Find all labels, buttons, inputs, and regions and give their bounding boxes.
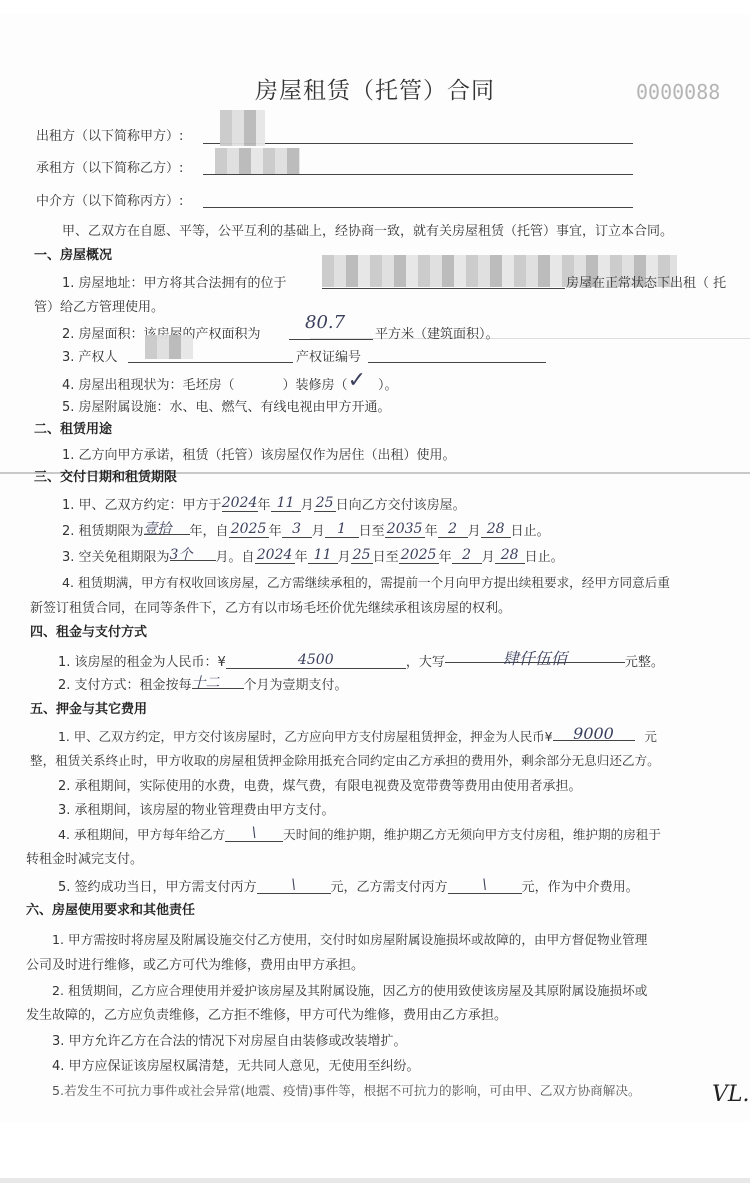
section-4-heading: 四、租金与支付方式 xyxy=(30,621,147,640)
rent-upper-value: 肆仟伍佰 xyxy=(503,649,567,668)
fee-mid: 元，乙方需支付丙方 xyxy=(331,880,448,895)
owner-field-line xyxy=(128,362,293,363)
free-from-year: 2024 xyxy=(257,547,293,563)
preamble: 甲、乙双方在自愿、平等，公平互利的基础上，经协商一致，就有关房屋租赁（托管）事宜… xyxy=(62,220,673,239)
term-to-day: 28 xyxy=(487,521,505,537)
term-from-day: 1 xyxy=(337,521,346,537)
free-to-day: 28 xyxy=(501,547,519,563)
purpose: 1. 乙方向甲方承诺，租赁（托管）该房屋仅作为居住（出租）使用。 xyxy=(62,444,456,463)
maint-prefix: 4. 承租期间，甲方每年给乙方 xyxy=(58,827,225,842)
address-cont: 管）给乙方管理使用。 xyxy=(34,296,164,315)
section-5-heading: 五、押金与其它费用 xyxy=(30,698,147,717)
lessor-label: 出租方（以下简称甲方）: xyxy=(36,125,183,144)
delivery-day: 25 xyxy=(316,495,334,511)
deposit-value: 9000 xyxy=(573,724,614,743)
utilities: 2. 承租期间，实际使用的水费，电费，煤气费，有限电视费及宽带费等费用由使用者承… xyxy=(58,775,582,794)
area-value: 80.7 xyxy=(289,312,345,333)
free-from-day: 25 xyxy=(353,547,371,563)
rule-1b: 公司及时进行维修，或乙方可代为维修，费用由甲方承担。 xyxy=(26,954,364,973)
renewal-1: 4. 租赁期满，甲方有权收回该房屋，乙方需继续承租的，需提前一个月向甲方提出续租… xyxy=(62,572,670,591)
checkmark-icon: ✓ xyxy=(348,368,366,393)
term-prefix: 2. 租赁期限为 xyxy=(62,524,144,539)
term-line: 2. 租赁期限为壹拾年，自2025年3月1日至2035年2月28日止。 xyxy=(62,520,550,539)
maint-value: \ xyxy=(252,825,257,841)
delivery-prefix: 1. 甲、乙双方约定：甲方于 xyxy=(62,498,222,513)
deposit-line-2: 整，租赁关系终止时，甲方收取的房屋租赁押金除用抵充合同约定由乙方承担的费用外，剩… xyxy=(30,750,660,769)
redacted-lessee-name xyxy=(215,148,300,174)
initials-signature: VL. xyxy=(712,1082,750,1107)
lessor-field-line xyxy=(203,143,633,144)
delivery-year: 2024 xyxy=(222,495,258,511)
serial-number: 0000088 xyxy=(636,80,720,104)
deposit-unit: 元 xyxy=(635,729,657,744)
rent-line: 1. 该房屋的租金为人民币：¥4500，大写肆仟伍佰元整。 xyxy=(58,648,664,670)
rule-5: 5.若发生不可抗力事件或社会异常(地震、疫情)事件等，根据不可抗力的影响，可由甲… xyxy=(52,1080,641,1099)
rent-upper-label: ，大写 xyxy=(406,655,445,670)
address-field-line xyxy=(322,288,565,289)
term-from-month: 3 xyxy=(292,521,301,537)
term-from-year: 2025 xyxy=(231,521,267,537)
pay-suffix: 个月为壹期支付。 xyxy=(244,678,348,693)
fee-b-value: \ xyxy=(482,877,487,893)
maintenance-cont: 转租金时减完支付。 xyxy=(26,848,143,867)
payment-line: 2. 支付方式：租金按每十二个月为壹期支付。 xyxy=(58,674,348,693)
rule-3: 3. 甲方允许乙方在合法的情况下对房屋自由装修或改装增扩。 xyxy=(52,1030,407,1049)
redacted-lessor-name xyxy=(220,110,265,146)
rent-prefix: 1. 该房屋的租金为人民币：¥ xyxy=(58,655,226,670)
agent-label: 中介方（以下简称丙方）: xyxy=(36,190,183,209)
property-fee: 3. 承租期间，该房屋的物业管理费由甲方支付。 xyxy=(58,799,335,818)
free-to-year: 2025 xyxy=(401,547,437,563)
page-bottom-edge xyxy=(0,1178,750,1183)
rule-4: 4. 甲方应保证该房屋权属清楚，无共同人意见，无使用至纠纷。 xyxy=(52,1055,420,1074)
free-to-month: 2 xyxy=(462,547,471,563)
renewal-2: 新签订租赁合同，在同等条件下，乙方有以市场毛坯价优先继续承租该房屋的权利。 xyxy=(30,597,511,616)
fee-suffix: 元，作为中介费用。 xyxy=(522,880,639,895)
cert-field-line xyxy=(368,362,546,363)
facilities: 5. 房屋附属设施：水、电、燃气、有线电视由甲方开通。 xyxy=(62,396,391,415)
pay-prefix: 2. 支付方式：租金按每 xyxy=(58,678,192,693)
area-suffix: 平方米（建筑面积）。 xyxy=(375,323,499,342)
free-prefix: 3. 空关免租期限为 xyxy=(62,550,170,565)
status-prefix: 4. 房屋出租现状为：毛坯房（ xyxy=(62,378,235,393)
rule-1a: 1. 甲方需按时将房屋及附属设施交付乙方使用，交付时如房屋附属设施损坏或故障的，… xyxy=(52,929,647,948)
section-3-heading: 三、交付日期和租赁期限 xyxy=(34,466,177,485)
lessee-label: 承租方（以下简称乙方）: xyxy=(36,157,183,176)
status-line: 4. 房屋出租现状为：毛坯房（）装修房（✓）。 xyxy=(62,370,398,395)
free-from-month: 11 xyxy=(314,547,332,563)
cert-label: 产权证编号 xyxy=(296,346,361,365)
free-months: 3个 xyxy=(170,547,193,563)
area-field-line xyxy=(289,339,373,340)
term-to-month: 2 xyxy=(448,521,457,537)
delivery-line: 1. 甲、乙双方约定：甲方于2024年11月25日向乙方交付该房屋。 xyxy=(62,494,466,513)
agent-fee-line: 5. 签约成功当日，甲方需支付丙方\元，乙方需支付丙方\元，作为中介费用。 xyxy=(58,876,639,895)
maintenance-line: 4. 承租期间，甲方每年给乙方\天时间的维护期，维护期乙方无须向甲方支付房租，维… xyxy=(58,824,661,843)
rent-suffix: 元整。 xyxy=(625,655,664,670)
fee-a-value: \ xyxy=(291,877,296,893)
section-1-heading: 一、房屋概况 xyxy=(34,244,112,263)
rule-2a: 2. 租赁期间，乙方应合理使用并爱护该房屋及其附属设施，因乙方的使用致使该房屋及… xyxy=(52,980,647,999)
maint-suffix: 天时间的维护期，维护期乙方无须向甲方支付房租，维护期的房租于 xyxy=(283,827,661,842)
delivery-suffix: 日向乙方交付该房屋。 xyxy=(336,498,466,513)
fee-prefix: 5. 签约成功当日，甲方需支付丙方 xyxy=(58,880,257,895)
rent-value: 4500 xyxy=(298,652,334,668)
delivery-month: 11 xyxy=(277,495,295,511)
status-mid: ）装修房（ xyxy=(283,378,348,393)
section-6-heading: 六、房屋使用要求和其他责任 xyxy=(26,899,195,918)
term-years: 壹拾 xyxy=(144,521,172,537)
deposit-line-1: 1. 甲、乙双方约定，甲方交付该房屋时，乙方应向甲方支付房屋租赁押金，押金为人民… xyxy=(58,726,657,745)
status-suffix: ）。 xyxy=(378,378,398,393)
redacted-owner xyxy=(145,335,193,359)
owner-prefix: 3. 产权人 xyxy=(62,346,118,365)
lessee-field-line xyxy=(203,174,633,175)
deposit-prefix: 1. 甲、乙双方约定，甲方交付该房屋时，乙方应向甲方支付房屋租赁押金，押金为人民… xyxy=(58,729,553,744)
agent-field-line xyxy=(203,207,633,208)
rule-2b: 发生故障的，乙方应负责维修，乙方拒不维修，甲方可代为维修，费用由乙方承担。 xyxy=(26,1004,507,1023)
section-2-heading: 二、租赁用途 xyxy=(34,418,112,437)
address-suffix: 房屋在正常状态下出租（ 托 xyxy=(566,272,726,291)
pay-months: 十二 xyxy=(192,675,220,691)
area-field: 80.7 xyxy=(289,314,373,335)
term-to-year: 2035 xyxy=(387,521,423,537)
address-prefix: 1. 房屋地址：甲方将其合法拥有的位于 xyxy=(62,272,287,291)
free-period-line: 3. 空关免租期限为3个月。自2024年11月25日至2025年2月28日止。 xyxy=(62,546,564,565)
